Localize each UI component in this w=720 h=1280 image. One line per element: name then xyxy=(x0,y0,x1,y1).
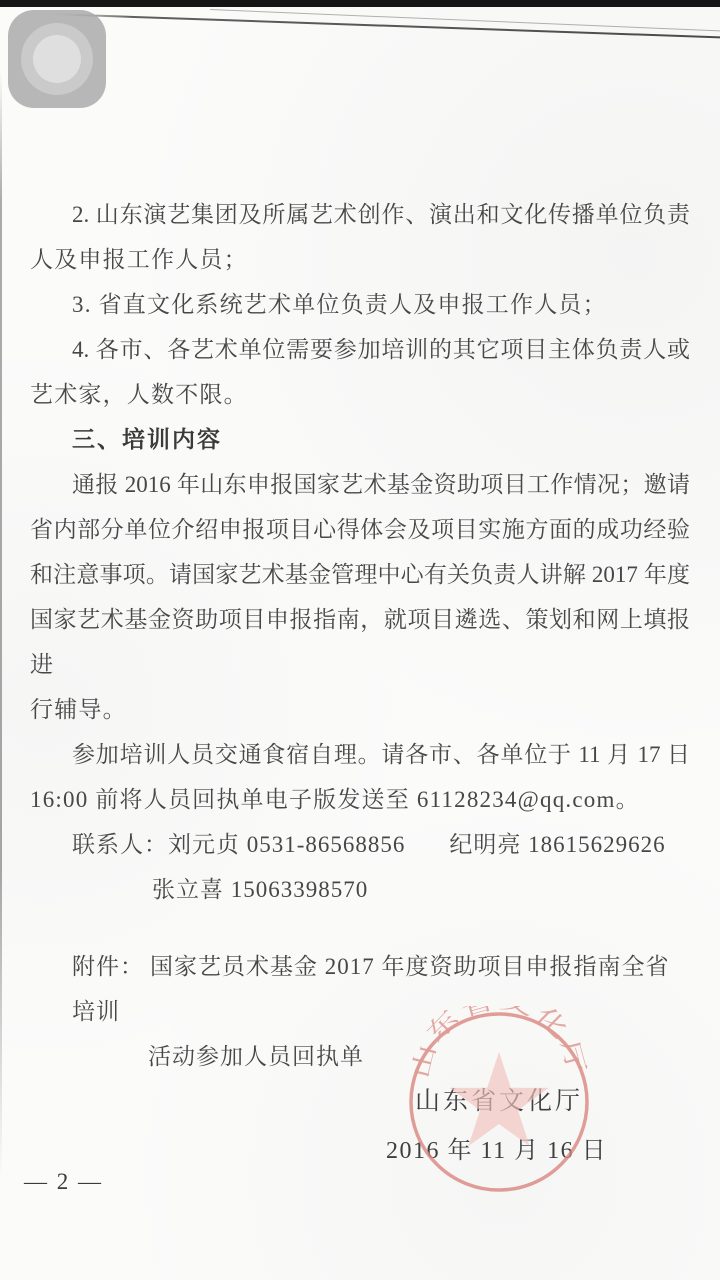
contact-ji: 纪明亮 18615629626 xyxy=(449,832,665,857)
assistive-touch-inner-circle xyxy=(33,35,81,83)
contact-line-1: 联系人：刘元贞 0531-86568856纪明亮 18615629626 xyxy=(72,822,690,867)
doc-line: 3. 省直文化系统艺术单位负责人及申报工作人员； xyxy=(30,282,690,327)
doc-line: 2. 山东演艺集团及所属艺术创作、演出和文化传播单位负责 xyxy=(30,192,690,237)
attachment-title: 国家艺员术基金 2017 年度资助项目申报指南全省培训 xyxy=(72,954,670,1024)
doc-line: 和注意事项。请国家艺术基金管理中心有关负责人讲解 2017 年度 xyxy=(30,552,690,597)
doc-line: 省内部分单位介绍申报项目心得体会及项目实施方面的成功经验 xyxy=(30,507,690,552)
photo-left-edge xyxy=(0,70,2,1180)
attachment-line-1: 附件：国家艺员术基金 2017 年度资助项目申报指南全省培训 xyxy=(72,944,690,1034)
attachment-label: 附件： xyxy=(72,954,144,979)
doc-line: 4. 各市、各艺术单位需要参加培训的其它项目主体负责人或 xyxy=(30,327,690,372)
photo-top-edge xyxy=(0,0,720,7)
doc-line: 艺术家，人数不限。 xyxy=(30,372,690,417)
attachment-line-2: 活动参加人员回执单 xyxy=(148,1034,690,1079)
doc-line: 参加培训人员交通食宿自理。请各市、各单位于 11 月 17 日 xyxy=(30,732,690,777)
doc-line: 人及申报工作人员； xyxy=(30,237,690,282)
doc-line: 16:00 前将人员回执单电子版发送至 61128234@qq.com。 xyxy=(30,777,690,822)
doc-line: 行辅导。 xyxy=(30,687,690,732)
doc-line: 国家艺术基金资助项目申报指南，就项目遴选、策划和网上填报进 xyxy=(30,597,690,687)
issuer-signature: 山东省文化厅 xyxy=(415,1081,583,1117)
document-body: 2. 山东演艺集团及所属艺术创作、演出和文化传播单位负责 人及申报工作人员； 3… xyxy=(30,192,690,1079)
scanned-document-photo: 2. 山东演艺集团及所属艺术创作、演出和文化传播单位负责 人及申报工作人员； 3… xyxy=(0,0,720,1280)
contact-liu: 联系人：刘元贞 0531-86568856 xyxy=(72,832,405,857)
floating-assistive-button[interactable] xyxy=(8,10,106,108)
attachment-block: 附件：国家艺员术基金 2017 年度资助项目申报指南全省培训 活动参加人员回执单 xyxy=(30,944,690,1079)
contact-line-2: 张立喜 15063398570 xyxy=(152,867,690,912)
doc-line: 通报 2016 年山东申报国家艺术基金资助项目工作情况；邀请 xyxy=(30,462,690,507)
issue-date: 2016 年 11 月 16 日 xyxy=(386,1130,607,1165)
page-number: — 2 — xyxy=(24,1169,103,1195)
section-heading: 三、培训内容 xyxy=(30,417,690,462)
